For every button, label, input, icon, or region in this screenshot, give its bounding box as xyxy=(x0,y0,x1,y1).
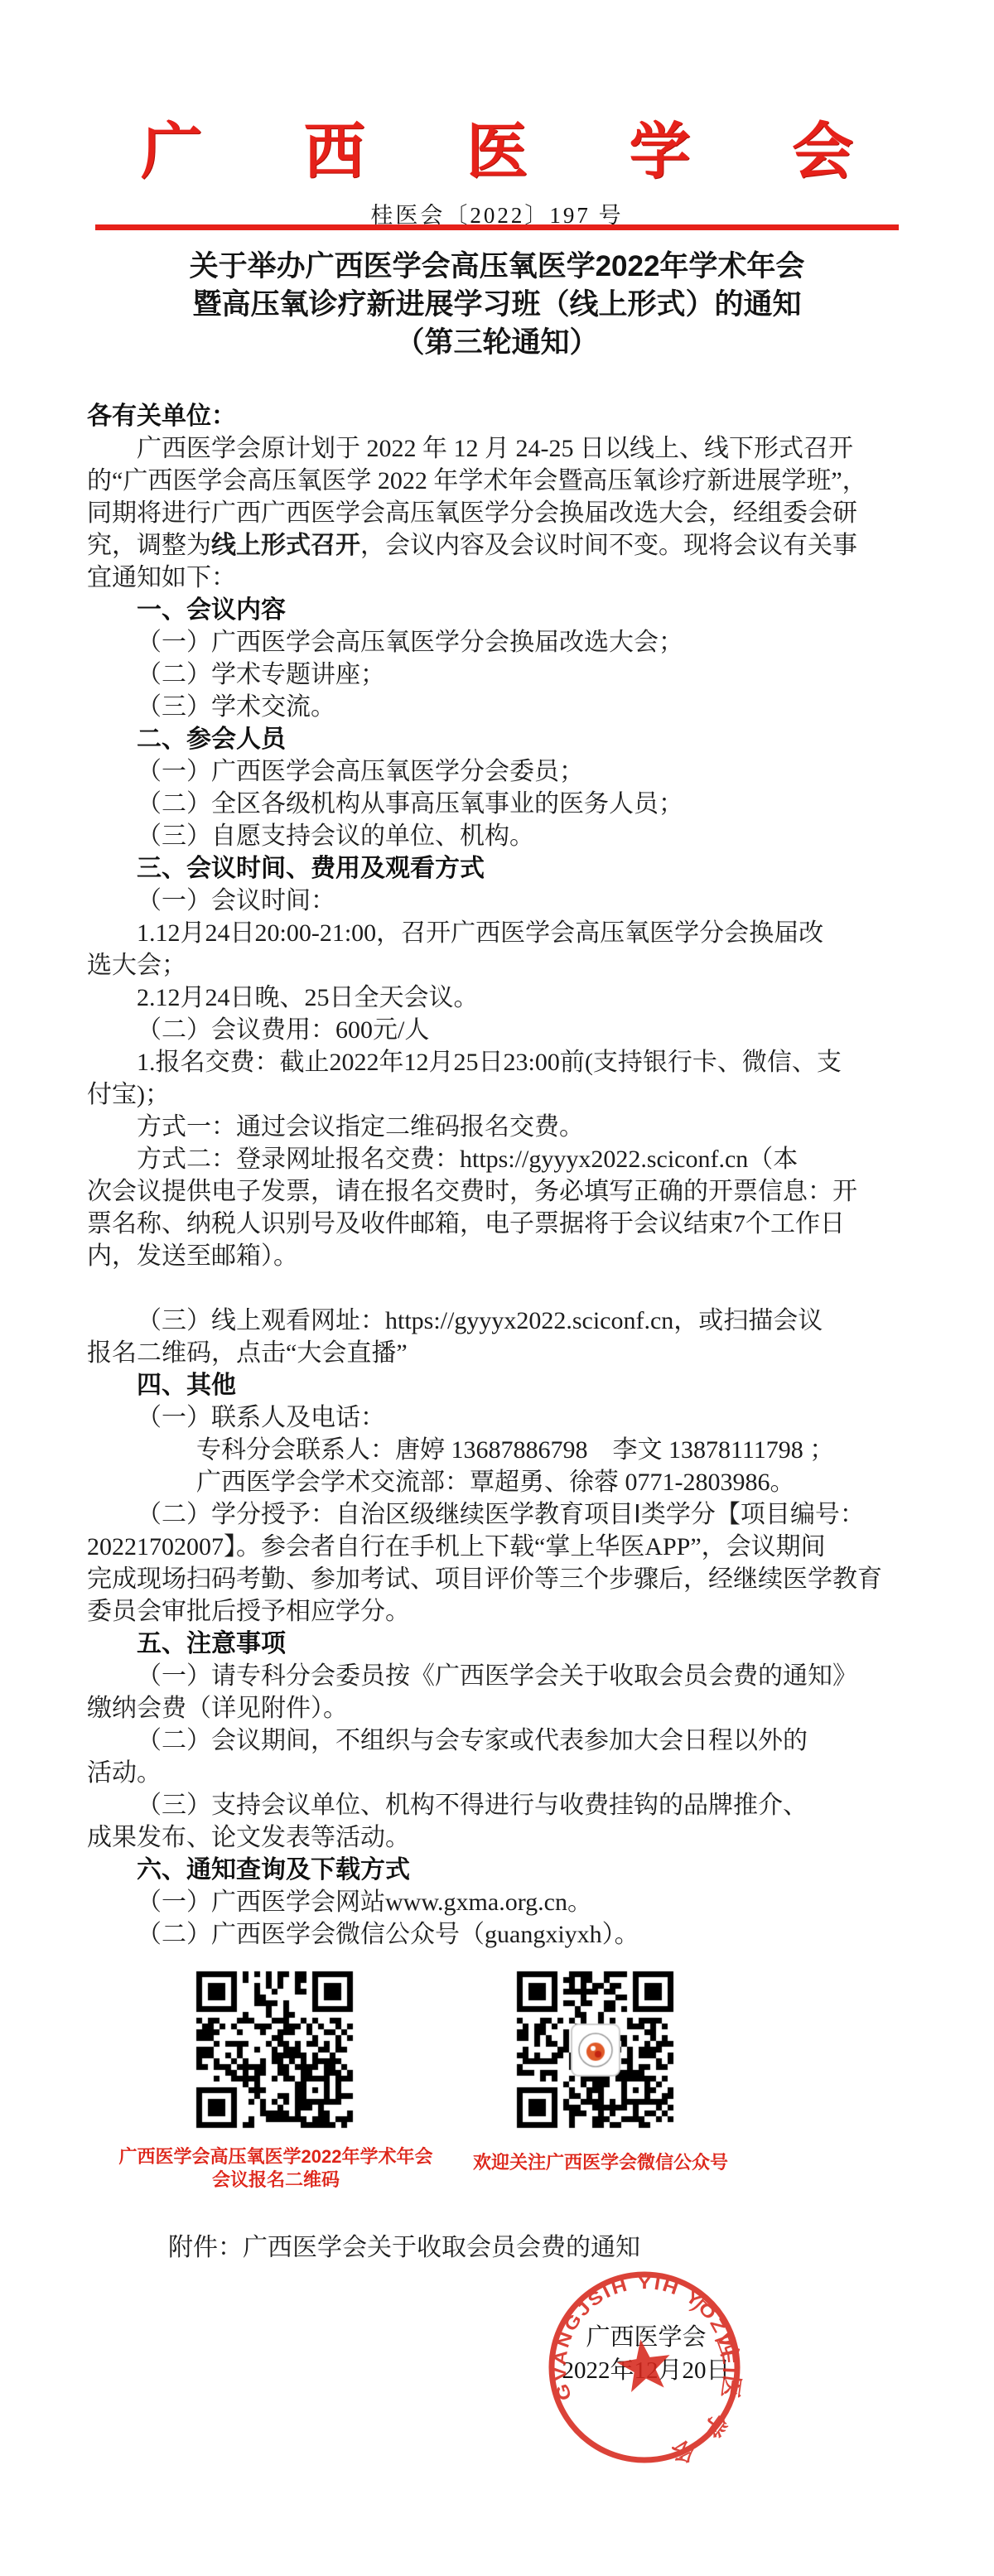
doc-line: （二）会议期间，不组织与会专家或代表参加大会日程以外的 xyxy=(87,1725,915,1757)
doc-line: 缴纳会费（详见附件）。 xyxy=(87,1692,915,1725)
doc-line: 报名二维码，点击“大会直播” xyxy=(87,1337,915,1369)
seal-cn-char: 会 xyxy=(668,2436,698,2468)
caption-line: 会议报名二维码 xyxy=(89,2168,462,2192)
org-name-char: 会 xyxy=(792,121,853,182)
section-heading: 三、会议时间、费用及观看方式 xyxy=(87,852,915,885)
doc-line: （二）广西医学会微信公众号（guangxiyxh）。 xyxy=(87,1918,915,1951)
doc-line: 广西医学会学术交流部：覃超勇、徐蓉 0771-2803986。 xyxy=(87,1466,915,1498)
doc-line: 内，发送至邮箱）。 xyxy=(87,1240,915,1272)
doc-line: 专科分会联系人：唐婷 13687886798 李文 13878111798 ； xyxy=(87,1434,915,1466)
org-name: 广西医学会 xyxy=(141,121,853,182)
body-text: ，会议内容及会议时间不变。现将会议有关事 xyxy=(360,532,857,559)
org-name-char: 医 xyxy=(466,121,528,182)
doc-line: 的“广西医学会高压氧医学 2022 年学术年会暨高压氧诊疗新进展学班”， xyxy=(87,465,915,497)
section-heading: 二、参会人员 xyxy=(87,723,915,755)
wechat-qr-caption: 欢迎关注广西医学会微信公众号 xyxy=(447,2151,754,2174)
doc-line: 方式一：通过会议指定二维码报名交费。 xyxy=(87,1111,915,1143)
signature-block: 广西医学会 2022年12月20日 xyxy=(512,2321,780,2387)
doc-line: 付宝)； xyxy=(87,1078,915,1111)
registration-qr-code xyxy=(186,1961,364,2139)
doc-line: 同期将进行广西广西医学会高压氧医学分会换届改选大会，经组委会研 xyxy=(87,497,915,529)
org-name-char: 学 xyxy=(630,121,691,182)
signature-org: 广西医学会 xyxy=(512,2321,780,2354)
doc-line: （一）广西医学会网站www.gxma.org.cn。 xyxy=(87,1886,915,1918)
body-text: 究，调整为 xyxy=(87,532,211,559)
doc-line: 票名称、纳税人识别号及收件邮箱，电子票据将于会议结束7个工作日 xyxy=(87,1208,915,1240)
doc-line: 完成现场扫码考勤、参加考试、项目评价等三个步骤后，经继续医学教育 xyxy=(87,1563,915,1595)
doc-line: 宜通知如下： xyxy=(87,562,915,594)
doc-line: 究，调整为线上形式召开，会议内容及会议时间不变。现将会议有关事 xyxy=(87,529,915,562)
notice-title-line: 关于举办广西医学会高压氧医学2022年学术年会 xyxy=(0,248,994,286)
caption-line: 广西医学会高压氧医学2022年学术年会 xyxy=(89,2145,462,2168)
doc-line: 广西医学会原计划于 2022 年 12 月 24-25 日以线上、线下形式召开 xyxy=(87,432,915,465)
seal-cn-char: 学 xyxy=(698,2409,731,2441)
doc-line: （三）支持会议单位、机构不得进行与收费挂钩的品牌推介、 xyxy=(87,1789,915,1821)
emphasis-text: 线上形式召开 xyxy=(211,532,360,559)
doc-line: 委员会审批后授予相应学分。 xyxy=(87,1595,915,1628)
doc-line: （二）全区各级机构从事高压氧事业的医务人员； xyxy=(87,788,915,820)
wechat-qr-code xyxy=(507,1961,684,2139)
notice-title-line: 暨高压氧诊疗新进展学习班（线上形式）的通知 xyxy=(0,286,994,324)
section-heading: 各有关单位： xyxy=(87,400,915,432)
doc-line: 1.报名交费：截止2022年12月25日23:00前(支持银行卡、微信、支 xyxy=(87,1046,915,1078)
document-body: 各有关单位：广西医学会原计划于 2022 年 12 月 24-25 日以线上、线… xyxy=(87,400,915,1951)
doc-line: （一）请专科分会委员按《广西医学会关于收取会员会费的通知》 xyxy=(87,1660,915,1692)
doc-line: （二）会议费用：600元/人 xyxy=(87,1014,915,1046)
doc-line: 20221702007】。参会者自行在手机上下载“掌上华医APP”，会议期间 xyxy=(87,1531,915,1563)
doc-line: 活动。 xyxy=(87,1757,915,1789)
doc-line: 2.12月24日晚、25日全天会议。 xyxy=(87,982,915,1014)
doc-line: （三）学术交流。 xyxy=(87,691,915,723)
org-name-char: 广 xyxy=(141,121,202,182)
doc-line: 1.12月24日20:00-21:00，召开广西医学会高压氧医学分会换届改 xyxy=(87,917,915,949)
notice-title-line: （第三轮通知） xyxy=(0,324,994,362)
section-heading: 六、通知查询及下载方式 xyxy=(87,1854,915,1886)
section-heading: 四、其他 xyxy=(87,1369,915,1401)
org-name-char: 西 xyxy=(304,121,365,182)
notice-title: 关于举办广西医学会高压氧医学2022年学术年会暨高压氧诊疗新进展学习班（线上形式… xyxy=(0,248,994,362)
doc-line: （一）广西医学会高压氧医学分会换届改选大会； xyxy=(87,626,915,658)
doc-line: （二）学分授予：自治区级继续医学教育项目Ⅰ类学分【项目编号： xyxy=(87,1498,915,1531)
section-heading: 五、注意事项 xyxy=(87,1628,915,1660)
doc-line: （二）学术专题讲座； xyxy=(87,658,915,691)
blank-line xyxy=(87,1272,915,1305)
doc-line: （一）广西医学会高压氧医学分会委员； xyxy=(87,755,915,788)
doc-line: （一）联系人及电话： xyxy=(87,1401,915,1434)
attachment-note: 附件：广西医学会关于收取会员会费的通知 xyxy=(168,2226,640,2263)
section-heading: 一、会议内容 xyxy=(87,594,915,626)
doc-line: 成果发布、论文发表等活动。 xyxy=(87,1821,915,1854)
doc-line: （三）自愿支持会议的单位、机构。 xyxy=(87,820,915,852)
doc-line: （一）会议时间： xyxy=(87,885,915,917)
registration-qr-caption: 广西医学会高压氧医学2022年学术年会会议报名二维码 xyxy=(89,2145,462,2192)
doc-line: 次会议提供电子发票，请在报名交费时，务必填写正确的开票信息：开 xyxy=(87,1175,915,1208)
doc-line: （三）线上观看网址：https://gyyyx2022.sciconf.cn，或… xyxy=(87,1305,915,1337)
letterhead-rule xyxy=(95,224,899,230)
doc-line: 选大会； xyxy=(87,949,915,982)
doc-line: 方式二：登录网址报名交费：https://gyyyx2022.sciconf.c… xyxy=(87,1143,915,1175)
signature-date: 2022年12月20日 xyxy=(512,2354,780,2387)
